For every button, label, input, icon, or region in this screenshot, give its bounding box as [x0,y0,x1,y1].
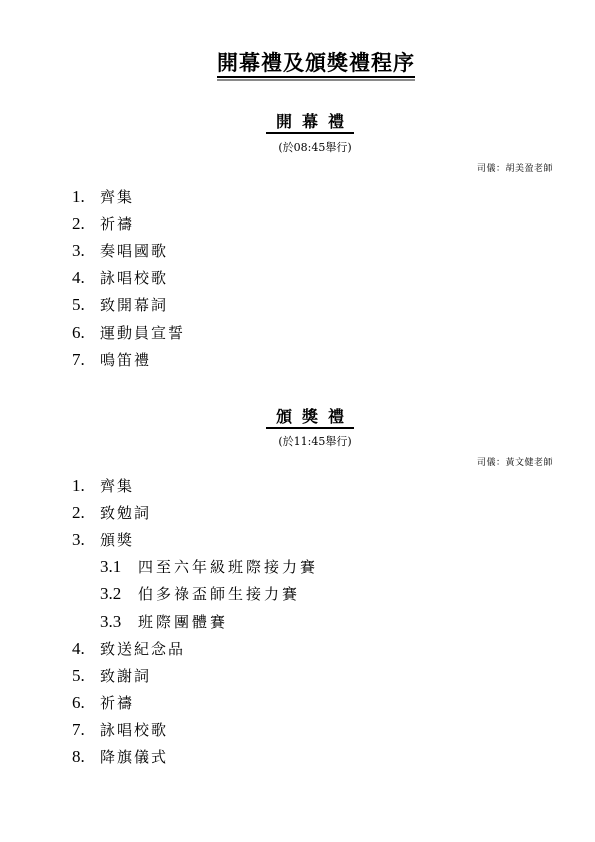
opening-ceremony-heading-text: 開幕禮 [266,112,354,134]
item-number: 4. [72,267,100,289]
list-item: 3.頒獎 [72,526,318,553]
item-number: 5. [72,294,100,316]
item-label: 齊集 [100,475,134,497]
award-ceremony-heading-text: 頒獎禮 [266,407,354,429]
list-item: 1.齊集 [72,183,185,210]
sub-list-item: 3.1四至六年級班際接力賽 [72,554,318,581]
item-number: 3. [72,529,100,551]
item-number: 1. [72,186,100,208]
item-label: 致謝詞 [100,665,151,687]
sub-list-item: 3.3班際團體賽 [72,608,318,635]
item-label: 祈禱 [100,692,134,714]
item-label: 致勉詞 [100,502,151,524]
item-label: 伯多祿盃師生接力賽 [138,583,300,605]
item-label: 頒獎 [100,529,134,551]
item-number: 3.2 [100,583,138,605]
item-label: 祈禱 [100,213,134,235]
item-number: 8. [72,746,100,768]
opening-ceremony-emcee: 司儀：胡美盈老師 [477,163,553,175]
item-number: 2. [72,502,100,524]
item-number: 3.1 [100,556,138,578]
list-item: 7.鳴笛禮 [72,346,185,373]
item-label: 降旗儀式 [100,746,168,768]
list-item: 5.致謝詞 [72,662,318,689]
award-ceremony-list: 1.齊集 2.致勉詞 3.頒獎 3.1四至六年級班際接力賽 3.2伯多祿盃師生接… [72,472,318,771]
document-title-text: 開幕禮及頒獎禮程序 [217,51,415,78]
item-label: 運動員宣誓 [100,322,185,344]
item-number: 3.3 [100,611,138,633]
item-number: 4. [72,638,100,660]
list-item: 8.降旗儀式 [72,744,318,771]
list-item: 5.致開幕詞 [72,292,185,319]
item-number: 1. [72,475,100,497]
opening-ceremony-list: 1.齊集 2.祈禱 3.奏唱國歌 4.詠唱校歌 5.致開幕詞 6.運動員宣誓 7… [72,183,185,373]
item-number: 3. [72,240,100,262]
item-label: 詠唱校歌 [100,267,168,289]
sub-list-item: 3.2伯多祿盃師生接力賽 [72,581,318,608]
list-item: 1.齊集 [72,472,318,499]
award-ceremony-emcee: 司儀：黃文健老師 [477,457,553,469]
list-item: 6.運動員宣誓 [72,319,185,346]
item-number: 2. [72,213,100,235]
item-number: 6. [72,322,100,344]
item-label: 齊集 [100,186,134,208]
award-ceremony-time: (於11:45舉行) [0,435,595,449]
list-item: 2.祈禱 [72,210,185,237]
award-ceremony-heading: 頒獎禮 [0,407,595,429]
item-label: 四至六年級班際接力賽 [138,556,318,578]
document-page: 開幕禮及頒獎禮程序 開幕禮 (於08:45舉行) 司儀：胡美盈老師 1.齊集 2… [0,0,595,842]
list-item: 7.詠唱校歌 [72,717,318,744]
list-item: 3.奏唱國歌 [72,237,185,264]
item-label: 詠唱校歌 [100,719,168,741]
item-label: 班際團體賽 [138,611,228,633]
list-item: 6.祈禱 [72,690,318,717]
item-label: 奏唱國歌 [100,240,168,262]
item-number: 7. [72,719,100,741]
item-number: 6. [72,692,100,714]
item-number: 7. [72,349,100,371]
document-title: 開幕禮及頒獎禮程序 [0,51,595,78]
opening-ceremony-heading: 開幕禮 [0,112,595,134]
item-label: 鳴笛禮 [100,349,151,371]
opening-ceremony-time: (於08:45舉行) [0,141,595,155]
list-item: 4.詠唱校歌 [72,265,185,292]
list-item: 2.致勉詞 [72,499,318,526]
item-label: 致開幕詞 [100,294,168,316]
list-item: 4.致送紀念品 [72,635,318,662]
item-number: 5. [72,665,100,687]
item-label: 致送紀念品 [100,638,185,660]
